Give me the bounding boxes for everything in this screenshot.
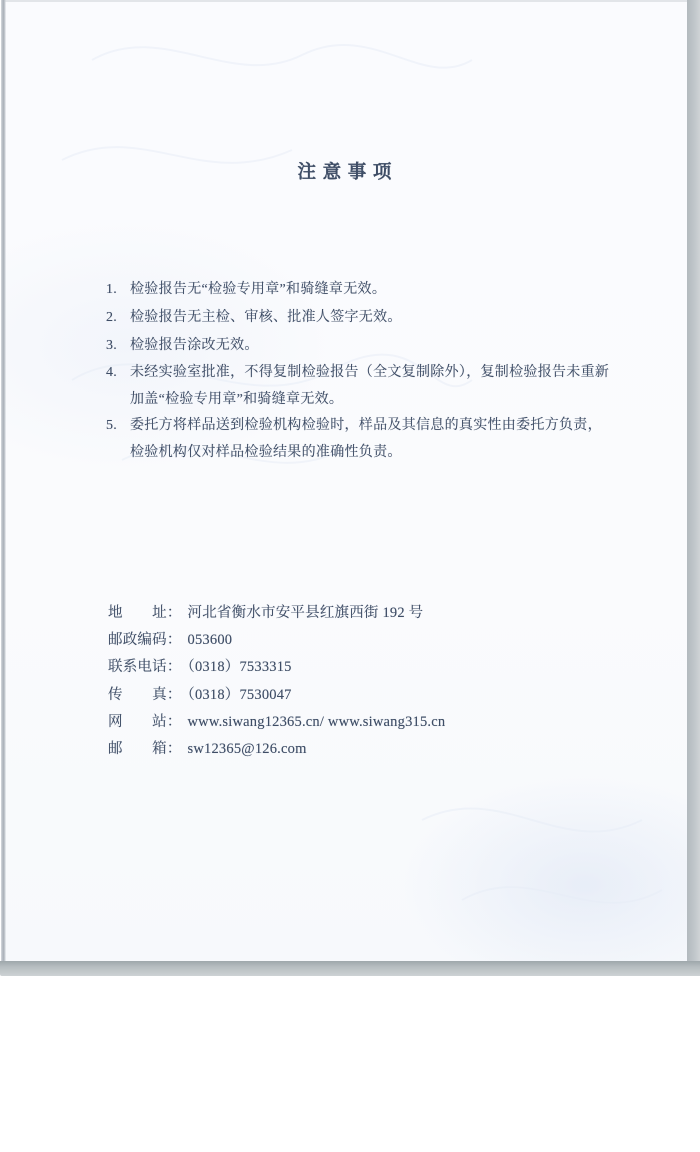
contact-separator: ： [167, 687, 182, 703]
note-text: 未经实验室批准，不得复制检验报告（全文复制除外），复制检验报告未重新 [130, 365, 609, 380]
contact-row-address: 地 址：河北省衡水市安平县红旗西街 192 号 [108, 604, 423, 622]
note-number: 5. [106, 417, 130, 434]
note-line-5-continued: 检验机构仅对样品检验结果的准确性负责。 [130, 444, 402, 461]
note-line-2: 2.检验报告无主检、审核、批准人签字无效。 [106, 309, 402, 326]
contact-row-email: 邮 箱：sw12365@126.com [108, 740, 307, 758]
contact-separator: ： [167, 741, 182, 757]
contact-value-email: sw12365@126.com [188, 741, 307, 757]
contact-label: 邮政编码 [108, 631, 167, 649]
note-number: 1. [106, 281, 130, 298]
note-text: 检验报告无“检验专用章”和骑缝章无效。 [130, 282, 386, 297]
note-number: 4. [106, 364, 130, 381]
paper-bottom-shadow [0, 961, 700, 976]
note-text: 加盖“检验专用章”和骑缝章无效。 [130, 392, 343, 407]
page-title: 注 意 事 项 [0, 158, 690, 184]
paper-sheet [2, 0, 688, 962]
contact-separator: ： [167, 605, 182, 621]
contact-row-fax: 传 真：（0318）7530047 [108, 686, 292, 704]
note-number: 3. [106, 337, 130, 354]
contact-row-phone: 联系电话：（0318）7533315 [108, 658, 292, 676]
contact-label: 网 站 [108, 713, 167, 731]
contact-value-website: www.siwang12365.cn/ www.siwang315.cn [188, 714, 446, 730]
contact-separator: ： [167, 659, 182, 675]
note-line-4-continued: 加盖“检验专用章”和骑缝章无效。 [130, 391, 343, 408]
contact-separator: ： [167, 714, 182, 730]
contact-label: 传 真 [108, 686, 167, 704]
contact-value-phone: （0318）7533315 [188, 659, 292, 675]
contact-value-fax: （0318）7530047 [188, 687, 292, 703]
contact-row-website: 网 站：www.siwang12365.cn/ www.siwang315.cn [108, 713, 445, 731]
note-text: 委托方将样品送到检验机构检验时，样品及其信息的真实性由委托方负责， [130, 418, 602, 433]
note-line-1: 1.检验报告无“检验专用章”和骑缝章无效。 [106, 281, 386, 298]
contact-label: 邮 箱 [108, 740, 167, 758]
scanned-document-canvas: 注 意 事 项 1.检验报告无“检验专用章”和骑缝章无效。 2.检验报告无主检、… [0, 0, 700, 1152]
note-text: 检验报告无主检、审核、批准人签字无效。 [130, 310, 402, 325]
contact-label: 地 址 [108, 604, 167, 622]
note-line-3: 3.检验报告涂改无效。 [106, 337, 259, 354]
note-text: 检验报告涂改无效。 [130, 338, 259, 353]
note-text: 检验机构仅对样品检验结果的准确性负责。 [130, 445, 402, 460]
paper-right-shadow [687, 0, 700, 976]
contact-value-postcode: 053600 [188, 632, 233, 648]
paper-top-edge [2, 0, 688, 2]
paper-left-edge [1, 0, 6, 963]
contact-separator: ： [167, 632, 182, 648]
contact-label: 联系电话 [108, 658, 167, 676]
contact-value-address: 河北省衡水市安平县红旗西街 192 号 [188, 605, 424, 621]
note-line-5: 5.委托方将样品送到检验机构检验时，样品及其信息的真实性由委托方负责， [106, 417, 602, 434]
note-number: 2. [106, 309, 130, 326]
note-line-4: 4.未经实验室批准，不得复制检验报告（全文复制除外），复制检验报告未重新 [106, 364, 609, 381]
contact-row-postcode: 邮政编码：053600 [108, 631, 232, 649]
